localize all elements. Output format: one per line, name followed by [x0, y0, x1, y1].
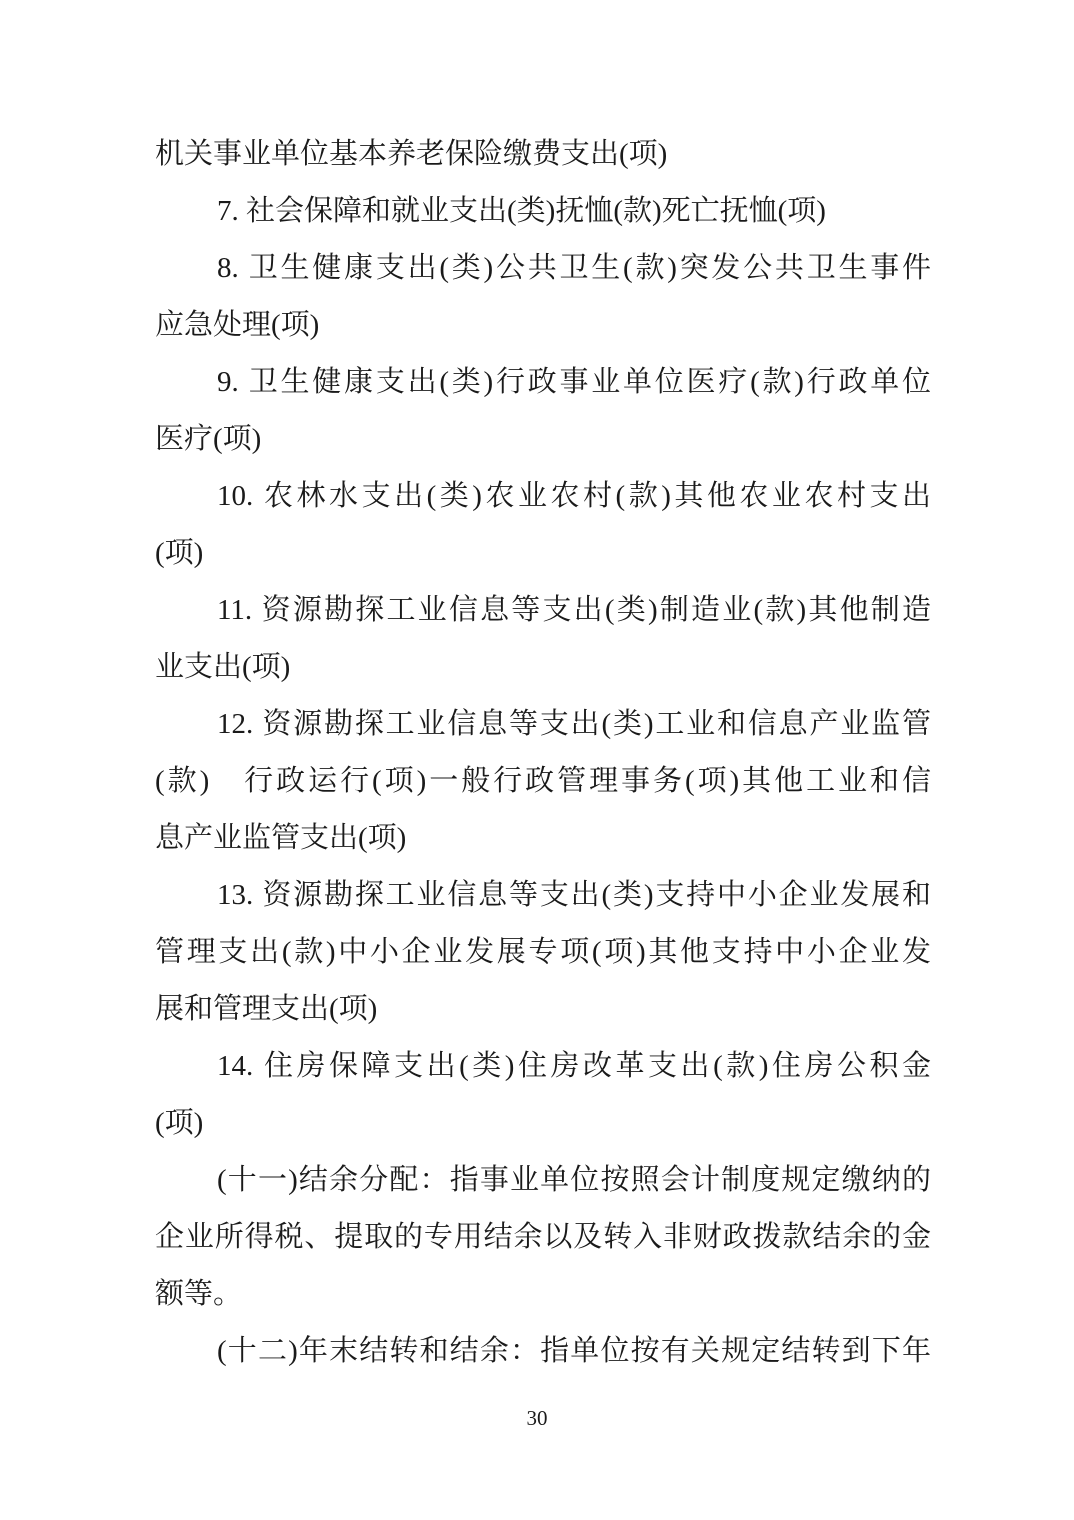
document-page: 机关事业单位基本养老保险缴费支出(项) 7. 社会保障和就业支出(类)抚恤(款)… [0, 0, 1074, 1520]
text-line: (十二)年末结转和结余：指单位按有关规定结转到下年 [155, 1323, 931, 1380]
document-text: 机关事业单位基本养老保险缴费支出(项) 7. 社会保障和就业支出(类)抚恤(款)… [155, 126, 931, 1380]
text-line: 7. 社会保障和就业支出(类)抚恤(款)死亡抚恤(项) [155, 183, 931, 240]
text-line: 息产业监管支出(项) [155, 810, 931, 867]
text-line: 12. 资源勘探工业信息等支出(类)工业和信息产业监管 [155, 696, 931, 753]
text-line: 额等。 [155, 1266, 931, 1323]
text-line: 管理支出(款)中小企业发展专项(项)其他支持中小企业发 [155, 924, 931, 981]
text-line: 11. 资源勘探工业信息等支出(类)制造业(款)其他制造 [155, 582, 931, 639]
text-line: 应急处理(项) [155, 297, 931, 354]
text-line: 9. 卫生健康支出(类)行政事业单位医疗(款)行政单位 [155, 354, 931, 411]
text-line: 8. 卫生健康支出(类)公共卫生(款)突发公共卫生事件 [155, 240, 931, 297]
text-line: 业支出(项) [155, 639, 931, 696]
text-line: (款) 行政运行(项)一般行政管理事务(项)其他工业和信 [155, 753, 931, 810]
text-line: 14. 住房保障支出(类)住房改革支出(款)住房公积金 [155, 1038, 931, 1095]
page-number: 30 [0, 1403, 1074, 1433]
text-line: (十一)结余分配：指事业单位按照会计制度规定缴纳的 [155, 1152, 931, 1209]
text-line: 机关事业单位基本养老保险缴费支出(项) [155, 126, 931, 183]
text-line: 13. 资源勘探工业信息等支出(类)支持中小企业发展和 [155, 867, 931, 924]
text-line: (项) [155, 525, 931, 582]
text-line: 10. 农林水支出(类)农业农村(款)其他农业农村支出 [155, 468, 931, 525]
text-line: 展和管理支出(项) [155, 981, 931, 1038]
text-line: 医疗(项) [155, 411, 931, 468]
text-line: 企业所得税、提取的专用结余以及转入非财政拨款结余的金 [155, 1209, 931, 1266]
text-line: (项) [155, 1095, 931, 1152]
